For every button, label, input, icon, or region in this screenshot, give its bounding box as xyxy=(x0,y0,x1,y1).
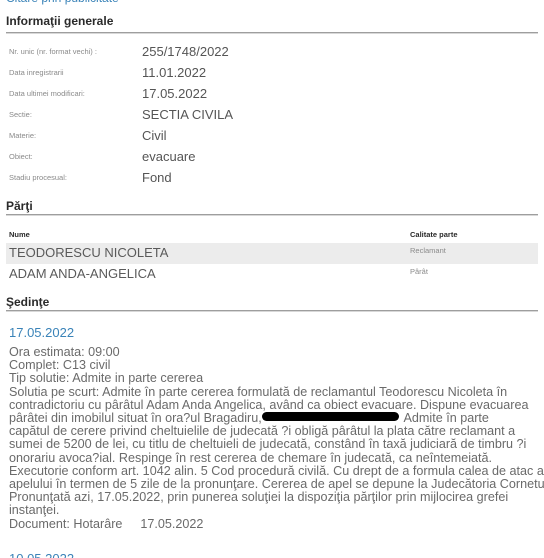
info-value: SECTIA CIVILA xyxy=(142,107,233,122)
info-row-stadiu-procesual: Stadiu procesual: Fond xyxy=(9,170,529,190)
redaction-mark xyxy=(262,412,399,421)
info-value: 255/1748/2022 xyxy=(142,44,229,59)
section-title-general: Informaţii generale xyxy=(6,14,113,28)
session-document: Document: Hotarâre17.05.2022 xyxy=(9,518,539,531)
info-label: Stadiu procesual: xyxy=(9,173,67,182)
info-value: 11.01.2022 xyxy=(142,65,206,80)
info-value: Civil xyxy=(142,128,167,143)
case-details-page: Citare prin publicitate Informaţii gener… xyxy=(0,0,544,558)
info-label: Data inregistrarii xyxy=(9,68,64,77)
info-value: evacuare xyxy=(142,149,195,164)
section-title-sedinte: Şedinţe xyxy=(6,295,49,309)
session-tip-solutie: Tip solutie: Admite in parte cererea xyxy=(9,372,539,385)
solutie-line: Solutia pe scurt: Admite în parte cerere… xyxy=(9,386,539,399)
info-value: Fond xyxy=(142,170,172,185)
solutie-line: onorariu avoca?ial. Respinge în rest cer… xyxy=(9,452,539,465)
section-divider xyxy=(6,32,538,33)
info-row-obiect: Obiect: evacuare xyxy=(9,149,529,169)
session-date: 17.05.2022 xyxy=(9,325,74,340)
section-divider xyxy=(6,214,538,215)
info-label: Nr. unic (nr. format vechi) : xyxy=(9,47,97,56)
party-name: TEODORESCU NICOLETA xyxy=(9,245,168,260)
session-details: Ora estimata: 09:00 Complet: C13 civil T… xyxy=(9,346,539,531)
section-title-parti: Părţi xyxy=(6,199,33,213)
column-header-nume: Nume xyxy=(9,230,30,239)
info-row-materie: Materie: Civil xyxy=(9,128,529,148)
party-role: Pârât xyxy=(410,267,428,276)
party-row: TEODORESCU NICOLETA Reclamant xyxy=(6,243,538,264)
info-label: Data ultimei modificari: xyxy=(9,89,85,98)
info-row-data-inregistrarii: Data inregistrarii 11.01.2022 xyxy=(9,65,529,85)
info-label: Sectie: xyxy=(9,110,32,119)
document-label: Document: Hotarâre xyxy=(9,517,122,531)
document-date: 17.05.2022 xyxy=(140,517,203,531)
solutie-text: Admite în parte xyxy=(401,411,489,425)
column-header-calitate: Calitate parte xyxy=(410,230,458,239)
info-row-nr-unic: Nr. unic (nr. format vechi) : 255/1748/2… xyxy=(9,44,529,64)
session-date: 10.05.2022 xyxy=(9,551,74,558)
solutie-line: sumei de 5200 de lei, cu titlu de cheltu… xyxy=(9,438,539,451)
party-row: ADAM ANDA-ANGELICA Pârât xyxy=(6,264,538,285)
info-row-data-ultimei-modificari: Data ultimei modificari: 17.05.2022 xyxy=(9,86,529,106)
solutie-line: Pronunţată azi, 17.05.2022, prin punerea… xyxy=(9,491,539,504)
section-divider xyxy=(6,310,538,311)
solutie-text: pârâtei din imobilul situat în ora?ul Br… xyxy=(9,411,262,425)
party-name: ADAM ANDA-ANGELICA xyxy=(9,266,156,281)
parti-table-header: Nume Calitate parte xyxy=(9,230,538,242)
citare-publicitate-link[interactable]: Citare prin publicitate xyxy=(6,0,119,5)
info-label: Materie: xyxy=(9,131,36,140)
party-role: Reclamant xyxy=(410,246,446,255)
info-value: 17.05.2022 xyxy=(142,86,207,101)
info-label: Obiect: xyxy=(9,152,33,161)
info-row-sectie: Sectie: SECTIA CIVILA xyxy=(9,107,529,127)
